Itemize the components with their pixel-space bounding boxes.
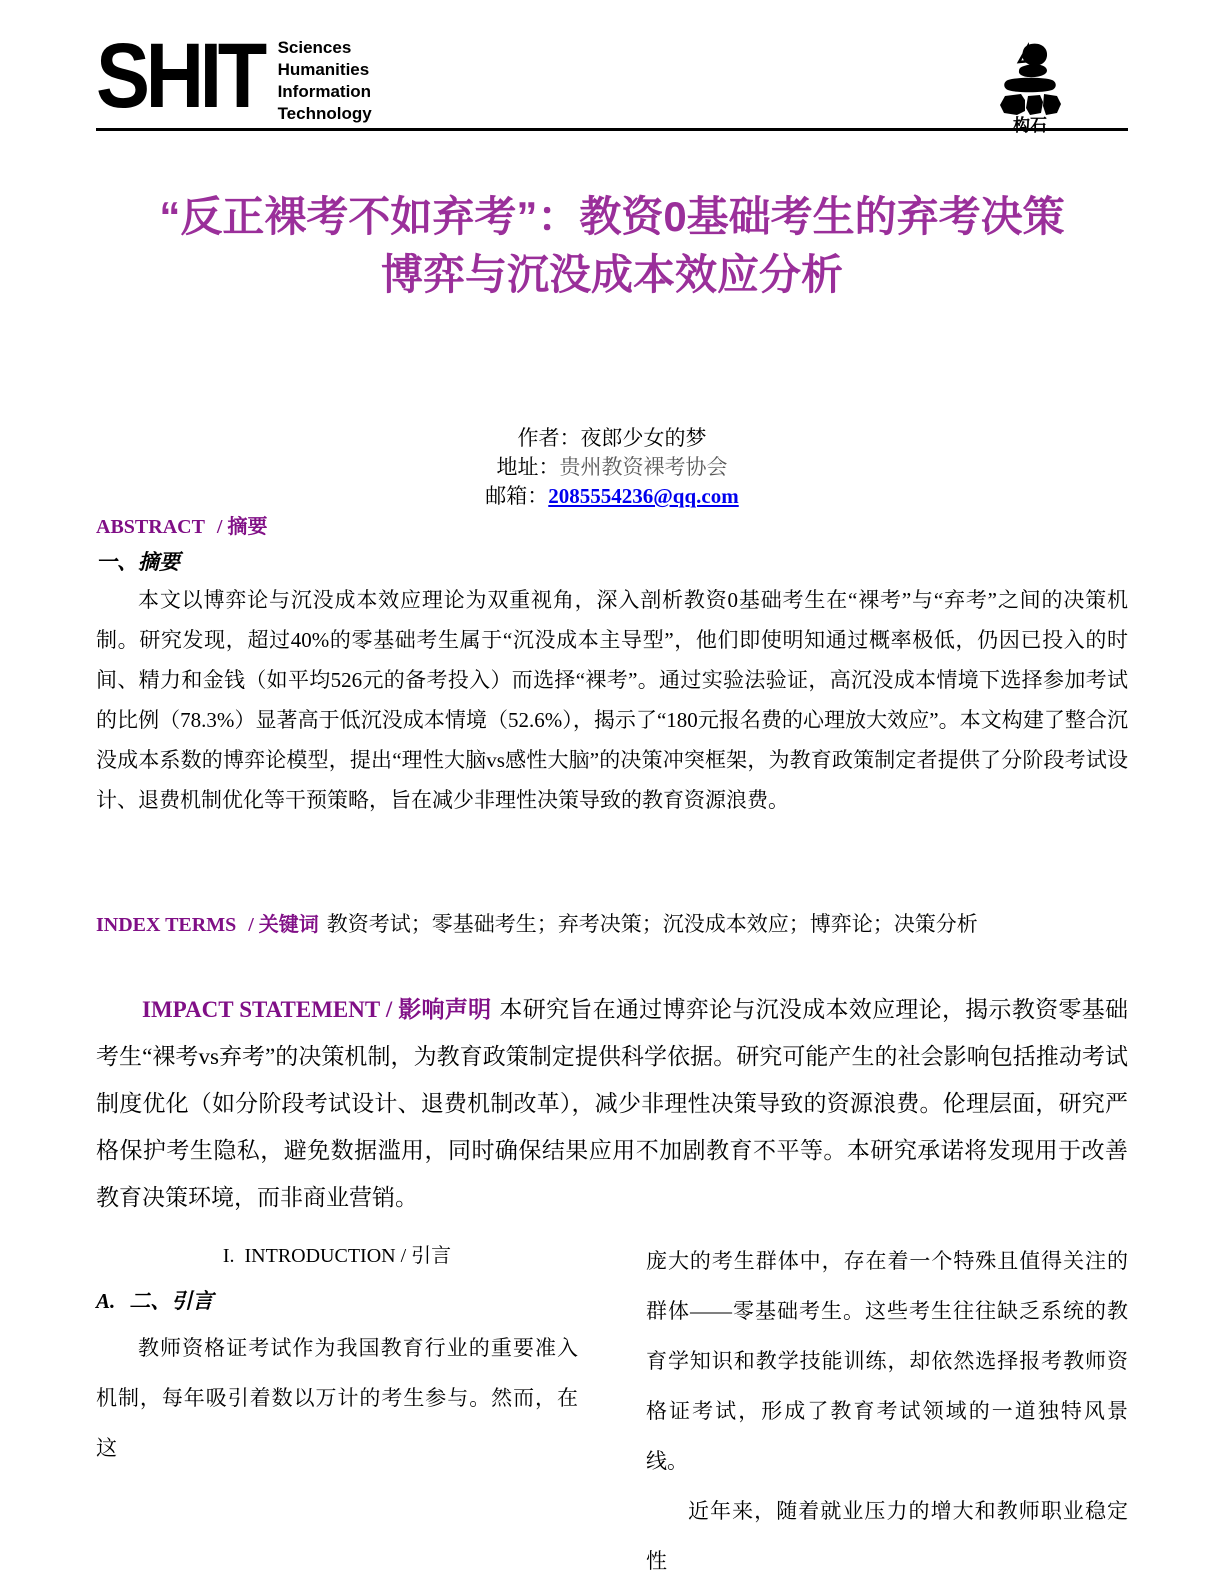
introduction-number: I. — [223, 1245, 235, 1267]
email-link[interactable]: 2085554236@qq.com — [548, 484, 738, 508]
index-terms: INDEX TERMS/ 关键词教资考试；零基础考生；弃考决策；沉没成本效应；博… — [96, 908, 1128, 941]
abstract-heading: ABSTRACT/ 摘要 — [96, 510, 267, 539]
journal-logo-block: SHIT Sciences Humanities Information Tec… — [96, 34, 1128, 125]
subtitle-line: Technology — [278, 103, 372, 125]
title-line-2: 博弈与沉没成本效应分析 — [60, 246, 1164, 304]
index-terms-heading-en: INDEX TERMS — [96, 914, 236, 936]
publisher-label: 构石 — [993, 117, 1067, 135]
journal-masthead: SHIT Sciences Humanities Information Tec… — [96, 34, 1128, 126]
right-column: 庞大的考生群体中，存在着一个特殊且值得关注的群体——零基础考生。这些考生往往缺乏… — [646, 1236, 1128, 1584]
address-line: 地址：贵州教资裸考协会 — [0, 453, 1224, 482]
abstract-body: 本文以博弈论与沉没成本效应理论为双重视角，深入剖析教资0基础考生在“裸考”与“弃… — [96, 580, 1128, 820]
author-value: 夜郎少女的梦 — [581, 426, 707, 450]
introduction-subheading-text: 二、引言 — [129, 1290, 213, 1313]
email-label: 邮箱： — [485, 484, 548, 508]
index-terms-list: 教资考试；零基础考生；弃考决策；沉没成本效应；博弈论；决策分析 — [327, 912, 978, 936]
paper-page: SHIT Sciences Humanities Information Tec… — [0, 0, 1224, 1584]
introduction-heading: I.INTRODUCTION / 引言 — [96, 1236, 578, 1276]
introduction-sub-number: A. — [96, 1289, 115, 1313]
impact-statement-heading: IMPACT STATEMENT / 影响声明 — [142, 997, 491, 1022]
subtitle-line: Information — [278, 81, 372, 103]
email-line: 邮箱：2085554236@qq.com — [0, 482, 1224, 511]
impact-statement: IMPACT STATEMENT / 影响声明本研究旨在通过博弈论与沉没成本效应… — [96, 986, 1128, 1221]
left-column: I.INTRODUCTION / 引言 A.二、引言 教师资格证考试作为我国教育… — [96, 1236, 578, 1584]
intro-paragraph-right-2: 近年来，随着就业压力的增大和教师职业稳定性 — [646, 1486, 1128, 1584]
journal-logo: SHIT — [96, 34, 263, 118]
intro-paragraph-right: 庞大的考生群体中，存在着一个特殊且值得关注的群体——零基础考生。这些考生往往缺乏… — [646, 1236, 1128, 1486]
introduction-subheading: A.二、引言 — [96, 1280, 578, 1323]
author-label: 作者： — [518, 426, 581, 450]
subtitle-line: Sciences — [278, 37, 372, 59]
address-label: 地址： — [497, 455, 560, 479]
rock-stack-icon — [997, 40, 1063, 116]
author-block: 作者：夜郎少女的梦 地址：贵州教资裸考协会 邮箱：2085554236@qq.c… — [0, 424, 1224, 511]
impact-statement-body: 本研究旨在通过博弈论与沉没成本效应理论，揭示教资零基础考生“裸考vs弃考”的决策… — [96, 997, 1128, 1210]
address-value: 贵州教资裸考协会 — [560, 455, 728, 479]
introduction-heading-text: INTRODUCTION / 引言 — [245, 1245, 452, 1267]
abstract-subheading: 一、摘要 — [96, 546, 180, 576]
subtitle-line: Humanities — [278, 59, 372, 81]
author-line: 作者：夜郎少女的梦 — [0, 424, 1224, 453]
title-line-1: “反正裸考不如弃考”：教资0基础考生的弃考决策 — [60, 188, 1164, 246]
publisher-logo: 构石 — [993, 40, 1067, 135]
abstract-heading-zh: / 摘要 — [217, 516, 268, 538]
intro-paragraph-left: 教师资格证考试作为我国教育行业的重要准入机制，每年吸引着数以万计的考生参与。然而… — [96, 1323, 578, 1473]
index-terms-heading-zh: / 关键词 — [248, 914, 319, 936]
paper-title: “反正裸考不如弃考”：教资0基础考生的弃考决策 博弈与沉没成本效应分析 — [60, 188, 1164, 304]
introduction-columns: I.INTRODUCTION / 引言 A.二、引言 教师资格证考试作为我国教育… — [96, 1236, 1128, 1584]
header-divider — [96, 128, 1128, 131]
abstract-heading-en: ABSTRACT — [96, 516, 205, 538]
journal-subtitle: Sciences Humanities Information Technolo… — [278, 37, 372, 125]
